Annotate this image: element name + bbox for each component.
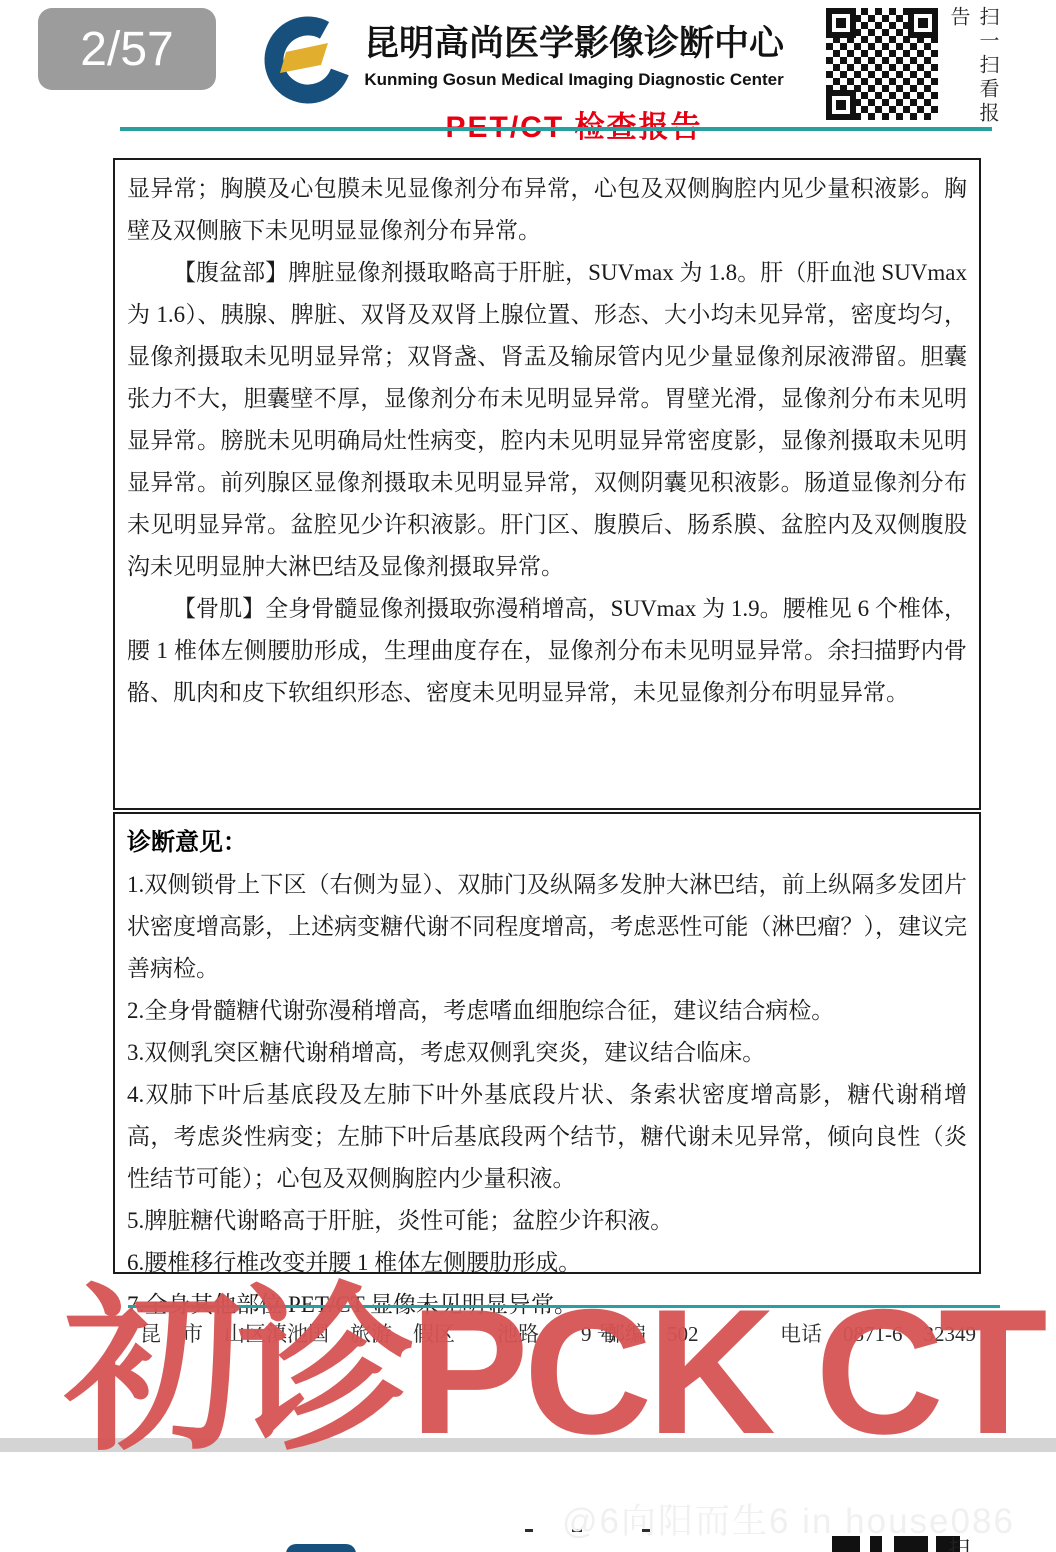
stamp-watermark: 初诊PCK CT <box>64 1283 1043 1461</box>
qr-finder-icon <box>826 8 856 38</box>
report-title: PET/CT 检查报告 <box>348 102 800 146</box>
qr-caption: 扫一扫看报告 <box>944 6 1002 146</box>
findings-box: 显异常；胸膜及心包膜未见显像剂分布异常，心包及双侧胸腔内见少量积液影。胸壁及双侧… <box>113 158 981 810</box>
qr-finder-icon <box>826 90 856 120</box>
org-name-en: Kunming Gosun Medical Imaging Diagnostic… <box>348 70 800 90</box>
page-indicator-label: 2/57 <box>80 22 173 77</box>
org-name-cn: 昆明高尚医学影像诊断中心 <box>348 16 800 66</box>
header-divider <box>120 127 992 131</box>
diagnosis-box: 诊断意见： 1.双侧锁骨上下区（右侧为显）、双肺门及纵隔多发肿大淋巴结，前上纵隔… <box>113 812 981 1274</box>
report-page: { "page": { "indicator": "2/57" }, "head… <box>0 0 1056 1552</box>
next-page-logo-peek <box>286 1544 356 1552</box>
page-indicator-badge: 2/57 <box>38 8 216 90</box>
diagnosis-heading: 诊断意见： <box>127 822 967 864</box>
diagnosis-item: 3.双侧乳突区糖代谢稍增高，考虑双侧乳突炎，建议结合临床。 <box>127 1032 967 1074</box>
diagnosis-item: 5.脾脏糖代谢略高于肝脏，炎性可能；盆腔少许积液。 <box>127 1200 967 1242</box>
diagnosis-item: 4.双肺下叶后基底段及左肺下叶外基底段片状、条索状密度增高影，糖代谢稍增高，考虑… <box>127 1074 967 1200</box>
qr-finder-icon <box>908 8 938 38</box>
diagnosis-item: 2.全身骨髓糖代谢弥漫稍增高，考虑嗜血细胞综合征，建议结合病检。 <box>127 990 967 1032</box>
findings-paragraph: 【腹盆部】脾脏显像剂摄取略高于肝脏，SUVmax 为 1.8。肝（肝血池 SUV… <box>127 252 967 588</box>
qr-code <box>826 8 938 120</box>
clinic-logo-icon <box>264 12 352 108</box>
faint-watermark: @6向阳而生6 in house086 <box>562 1494 1015 1544</box>
findings-paragraph: 显异常；胸膜及心包膜未见显像剂分布异常，心包及双侧胸腔内见少量积液影。胸壁及双侧… <box>127 168 967 252</box>
findings-paragraph: 【骨肌】全身骨髓显像剂摄取弥漫稍增高，SUVmax 为 1.9。腰椎见 6 个椎… <box>127 588 967 714</box>
diagnosis-item: 1.双侧锁骨上下区（右侧为显）、双肺门及纵隔多发肿大淋巴结，前上纵隔多发团片状密… <box>127 864 967 990</box>
